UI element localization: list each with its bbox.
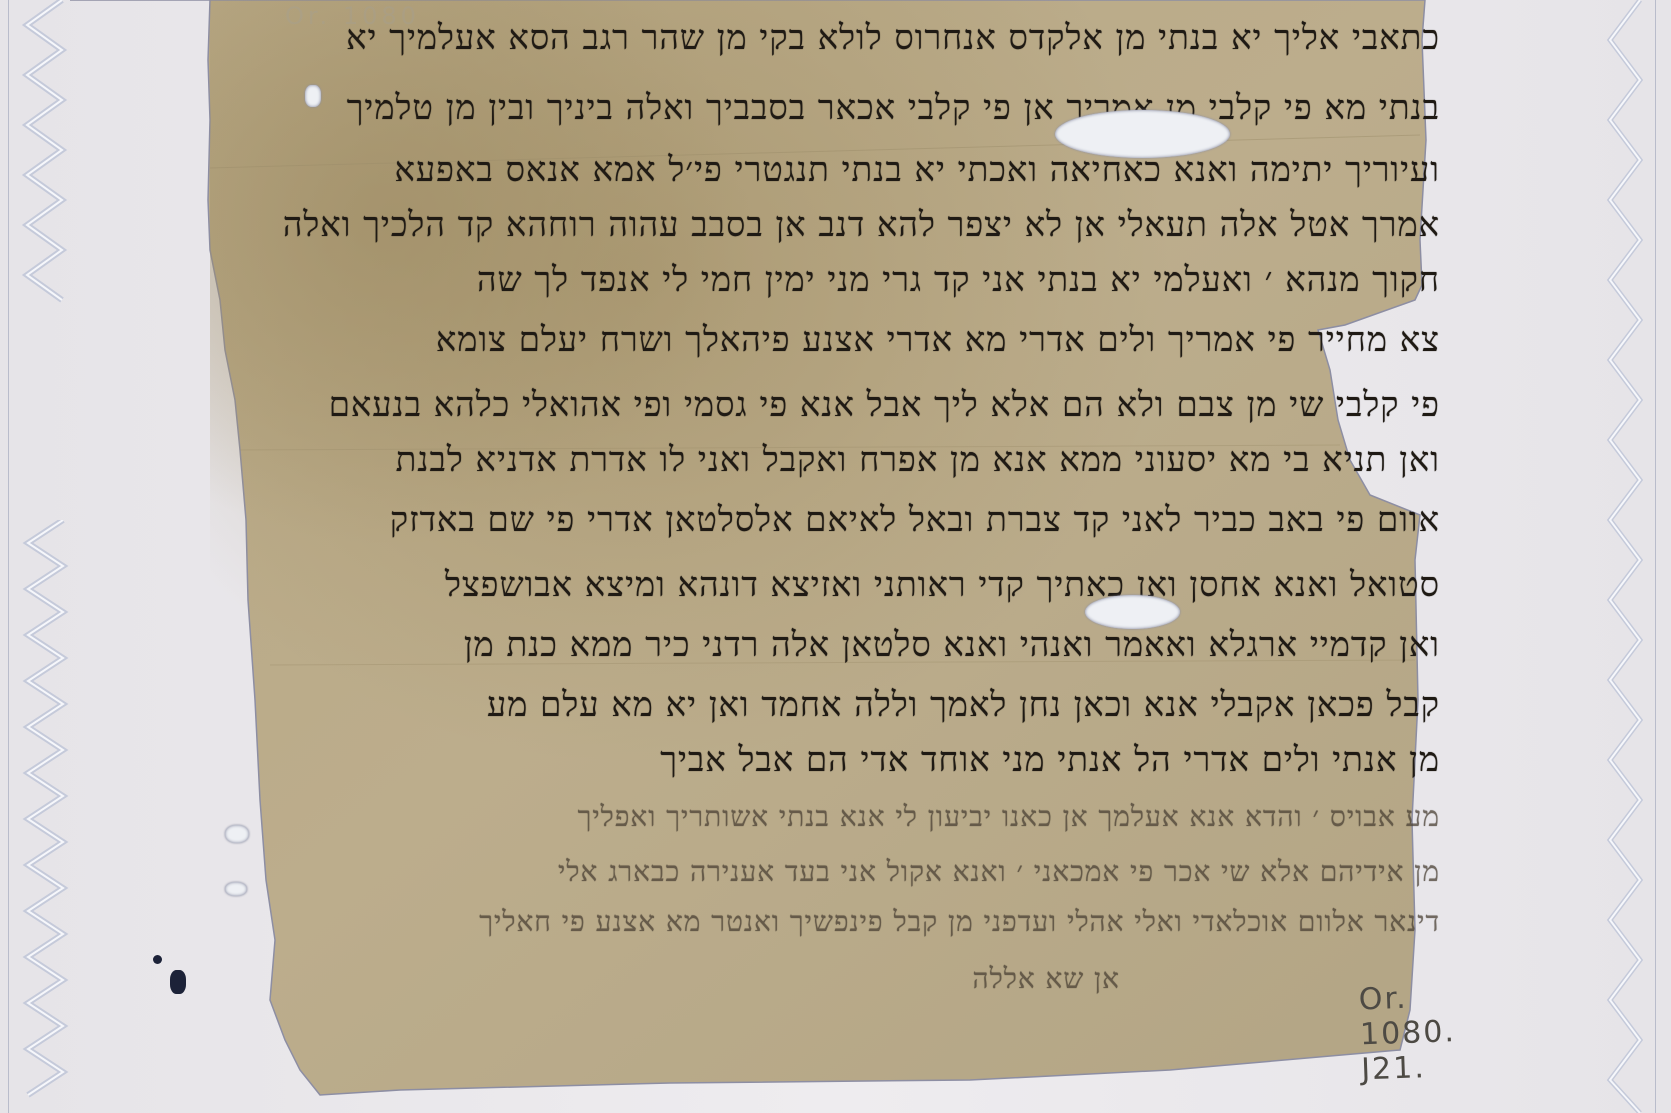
manuscript-line-10: סטואל ואנא אחסן ואן כאתיך קדי ראותני ואז… — [445, 565, 1440, 605]
left-zigzag-stitch-bottom — [18, 520, 78, 1113]
manuscript-line-5: חקוך מנהא ׳ ואעלמי יא בנתי אני קד גרי מנ… — [477, 260, 1440, 300]
mount-edge-line-left — [8, 0, 9, 1113]
manuscript-text-block: כתאבי אליך יא בנתי מן אלקדס אנחרוס לולא … — [70, 0, 1500, 1113]
hole-small-upper — [305, 85, 321, 107]
manuscript-fragment: Or. 1080 כתאבי אליך יא בנתי מן אלקדס אנח… — [70, 0, 1500, 1113]
manuscript-line-3: ועיוריך יתימה ואנא כאחיאה ואכתי יא בנתי … — [395, 150, 1440, 190]
ink-blot — [170, 970, 186, 994]
left-zigzag-stitch-top — [12, 0, 72, 320]
manuscript-line-14: מע אבויס ׳ והדא אנא אעלמך אן כאנו יביעון… — [578, 800, 1440, 834]
manuscript-line-8: ואן תניא בי מא יסעוני ממא אנא מן אפרח וא… — [396, 440, 1440, 480]
manuscript-line-15: מן אידיהם אלא שי אכר פי אמכאני ׳ ואנא אק… — [558, 855, 1440, 889]
manuscript-line-7: פי קלבי שי מן צבם ולא הם אלא ליך אבל אנא… — [329, 385, 1440, 425]
ink-dot — [153, 955, 162, 964]
hole-left-small-1 — [225, 825, 249, 843]
shelfmark-label: Or. 1080. J21. — [1358, 978, 1502, 1088]
hole-upper-right — [1055, 110, 1230, 158]
manuscript-line-2: בנתי מא פי קלבי מן אמריך אן פי קלבי אכאר… — [347, 88, 1440, 128]
hole-left-small-2 — [225, 882, 247, 896]
hole-middle — [1085, 595, 1180, 629]
manuscript-line-12: קבל פכאן אקבלי אנא וכאן נחן לאמך וללה אח… — [487, 685, 1440, 725]
manuscript-line-11: ואן קדמיי ארגלא ואאמר ואנהי ואנא סלטאן א… — [464, 625, 1440, 665]
manuscript-line-4: אמרך אטל אלה תעאלי אן לא יצפר להא דנב אן… — [283, 205, 1440, 245]
manuscript-line-13: מן אנתי ולים אדרי הל אנתי מני אוחד אדי ה… — [660, 740, 1440, 780]
manuscript-line-17-closing: אן שא אללה — [973, 962, 1120, 996]
manuscript-line-16: דינאר אלוום אוכלאדי ואלי אהלי ועדפני מן … — [479, 905, 1440, 939]
manuscript-line-1: כתאבי אליך יא בנתי מן אלקדס אנחרוס לולא … — [346, 18, 1440, 58]
manuscript-line-6: צא מחייר פי אמריך ולים אדרי מא אדרי אצנע… — [436, 320, 1440, 360]
manuscript-line-9: אוום פי באב כביר לאני קד צברת ובאל לאיאם… — [390, 500, 1440, 540]
right-zigzag-stitch — [1598, 0, 1658, 1113]
